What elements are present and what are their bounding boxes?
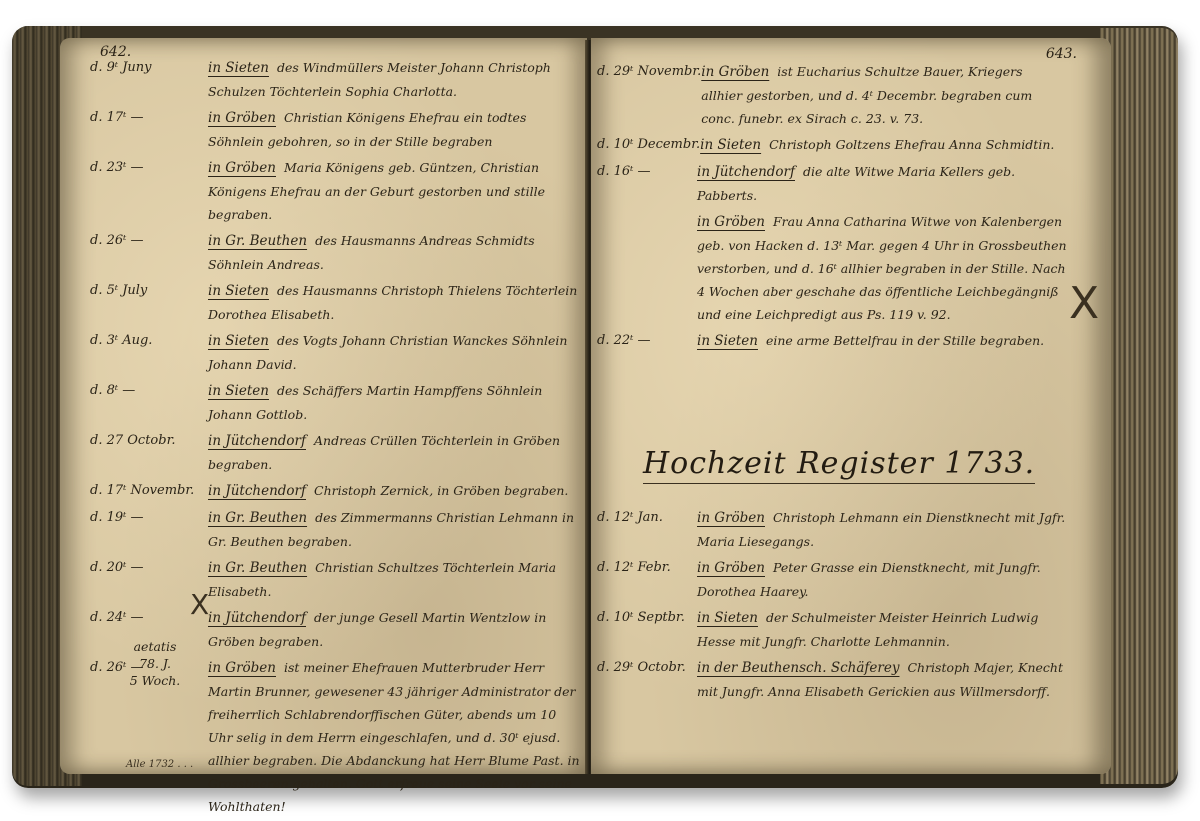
- entry-date: d. 29ᵗ Novembr.: [597, 60, 701, 130]
- entry-body: in Gr. Beuthendes Hausmanns Andreas Schm…: [208, 229, 580, 276]
- register-entry: d. 19ᵗ —in Gr. Beuthendes Zimmermanns Ch…: [90, 506, 580, 553]
- entry-place: in Jütchendorf: [208, 433, 306, 449]
- entry-body: in Sietendes Windmüllers Meister Johann …: [208, 56, 580, 103]
- entry-place: in Gröben: [697, 560, 765, 576]
- entry-body: in Gr. BeuthenChristian Schultzes Töchte…: [208, 556, 580, 603]
- entry-body: in SietenChristoph Goltzens Ehefrau Anna…: [700, 133, 1067, 157]
- entry-body: in Gröbenist meiner Ehefrauen Mutterbrud…: [208, 656, 580, 818]
- entry-date: d. 29ᵗ Octobr.: [597, 656, 697, 703]
- register-entry: d. 5ᵗ Julyin Sietendes Hausmanns Christo…: [90, 279, 580, 326]
- register-entry: d. 22ᵗ —in Sieteneine arme Bettelfrau in…: [597, 329, 1067, 353]
- register-entry: d. 26ᵗ —in Gr. Beuthendes Hausmanns Andr…: [90, 229, 580, 276]
- entry-body: in Jütchendorfder junge Gesell Martin We…: [208, 606, 580, 653]
- entry-date: d. 8ᵗ —: [90, 379, 208, 426]
- entry-place: in Sieten: [208, 333, 269, 349]
- register-entry: d. 9ᵗ Junyin Sietendes Windmüllers Meist…: [90, 56, 580, 103]
- entry-date: d. 12ᵗ Jan.: [597, 506, 697, 553]
- entry-body: in GröbenFrau Anna Catharina Witwe von K…: [697, 210, 1067, 326]
- entry-text: Frau Anna Catharina Witwe von Kalenberge…: [697, 214, 1067, 322]
- entry-body: in Sieteneine arme Bettelfrau in der Sti…: [697, 329, 1067, 353]
- margin-note-extra: 5 Woch.: [120, 672, 190, 689]
- entry-text: Christoph Goltzens Ehefrau Anna Schmidti…: [769, 137, 1054, 152]
- entry-place: in Gröben: [208, 160, 276, 176]
- entry-place: in Jütchendorf: [208, 610, 306, 626]
- entry-body: in GröbenChristoph Lehmann ein Dienstkne…: [697, 506, 1067, 553]
- entry-body: in GröbenPeter Grasse ein Dienstknecht, …: [697, 556, 1067, 603]
- register-entry: d. 27 Octobr.in JütchendorfAndreas Crüll…: [90, 429, 580, 476]
- entry-date: d. 17ᵗ Novembr.: [90, 479, 208, 503]
- register-entry: d. 29ᵗ Octobr.in der Beuthensch. Schäfer…: [597, 656, 1067, 703]
- register-entry: d. 23ᵗ —in GröbenMaria Königens geb. Gün…: [90, 156, 580, 226]
- entry-place: in Gröben: [697, 510, 765, 526]
- entry-body: in Sietendes Schäffers Martin Hampffens …: [208, 379, 580, 426]
- margin-note-age-value: 78. J.: [120, 655, 190, 672]
- left-page: 642. d. 9ᵗ Junyin Sietendes Windmüllers …: [60, 38, 587, 774]
- entry-body: in Jütchendorfdie alte Witwe Maria Kelle…: [697, 160, 1067, 207]
- entry-body: in GröbenMaria Königens geb. Güntzen, Ch…: [208, 156, 580, 226]
- entry-date: d. 22ᵗ —: [597, 329, 697, 353]
- wedding-entries: d. 12ᵗ Jan.in GröbenChristoph Lehmann ei…: [597, 506, 1067, 706]
- entry-date: d. 12ᵗ Febr.: [597, 556, 697, 603]
- entry-date: d. 9ᵗ Juny: [90, 56, 208, 103]
- register-entry: d. 10ᵗ Decembr.in SietenChristoph Goltze…: [597, 133, 1067, 157]
- entry-place: in Jütchendorf: [208, 483, 306, 499]
- cross-mark-icon: X: [190, 588, 209, 621]
- entry-body: in JütchendorfChristoph Zernick, in Gröb…: [208, 479, 580, 503]
- register-entry: d. 12ᵗ Febr.in GröbenPeter Grasse ein Di…: [597, 556, 1067, 603]
- entry-date: d. 16ᵗ —: [597, 160, 697, 207]
- entry-body: in der Beuthensch. SchäfereyChristoph Ma…: [697, 656, 1067, 703]
- burial-entries: d. 29ᵗ Novembr.in Gröbenist Eucharius Sc…: [597, 60, 1067, 356]
- margin-note-age: aetatis 78. J. 5 Woch.: [120, 638, 190, 689]
- register-entry: d. 16ᵗ —in Jütchendorfdie alte Witwe Mar…: [597, 160, 1067, 207]
- entry-date: d. 26ᵗ —: [90, 229, 208, 276]
- entry-date: d. 23ᵗ —: [90, 156, 208, 226]
- register-entry: d. 12ᵗ Jan.in GröbenChristoph Lehmann ei…: [597, 506, 1067, 553]
- entry-place: in Sieten: [208, 383, 269, 399]
- entry-date: d. 10ᵗ Septbr.: [597, 606, 697, 653]
- entry-place: in der Beuthensch. Schäferey: [697, 660, 899, 676]
- entry-body: in Gröbenist Eucharius Schultze Bauer, K…: [701, 60, 1067, 130]
- entry-body: in GröbenChristian Königens Ehefrau ein …: [208, 106, 580, 153]
- entry-date: d. 5ᵗ July: [90, 279, 208, 326]
- register-entry: d. 20ᵗ —in Gr. BeuthenChristian Schultze…: [90, 556, 580, 603]
- entry-body: in Sietender Schulmeister Meister Heinri…: [697, 606, 1067, 653]
- margin-note-label: aetatis: [120, 638, 190, 655]
- entry-text: ist meiner Ehefrauen Mutterbruder Herr M…: [208, 660, 580, 814]
- entry-place: in Gröben: [208, 110, 276, 126]
- book-edge-right: [1100, 28, 1178, 784]
- register-entry: in GröbenFrau Anna Catharina Witwe von K…: [597, 210, 1067, 326]
- entry-body: in Sietendes Vogts Johann Christian Wanc…: [208, 329, 580, 376]
- entry-place: in Gröben: [697, 214, 765, 230]
- entry-place: in Sieten: [697, 610, 758, 626]
- entry-date: d. 3ᵗ Aug.: [90, 329, 208, 376]
- register-entry: d. 10ᵗ Septbr.in Sietender Schulmeister …: [597, 606, 1067, 653]
- footer-scribble: Alle 1732 . . .: [126, 759, 193, 770]
- entry-place: in Gröben: [701, 64, 769, 80]
- entry-place: in Sieten: [697, 333, 758, 349]
- entry-place: in Sieten: [700, 137, 761, 153]
- cross-mark-icon: X: [1069, 278, 1099, 329]
- entry-body: in JütchendorfAndreas Crüllen Töchterlei…: [208, 429, 580, 476]
- register-entry: d. 17ᵗ Novembr.in JütchendorfChristoph Z…: [90, 479, 580, 503]
- entry-date: d. 19ᵗ —: [90, 506, 208, 553]
- register-entry: d. 29ᵗ Novembr.in Gröbenist Eucharius Sc…: [597, 60, 1067, 130]
- right-page: 643. d. 29ᵗ Novembr.in Gröbenist Euchari…: [591, 38, 1111, 774]
- entry-date: [597, 210, 697, 326]
- register-entry: d. 8ᵗ —in Sietendes Schäffers Martin Ham…: [90, 379, 580, 426]
- entry-text: eine arme Bettelfrau in der Stille begra…: [766, 333, 1044, 348]
- entry-date: d. 10ᵗ Decembr.: [597, 133, 700, 157]
- entry-place: in Gr. Beuthen: [208, 560, 307, 576]
- entry-date: d. 27 Octobr.: [90, 429, 208, 476]
- entry-place: in Jütchendorf: [697, 164, 795, 180]
- entry-body: in Gr. Beuthendes Zimmermanns Christian …: [208, 506, 580, 553]
- register-entry: d. 17ᵗ —in GröbenChristian Königens Ehef…: [90, 106, 580, 153]
- entry-body: in Sietendes Hausmanns Christoph Thielen…: [208, 279, 580, 326]
- entry-place: in Sieten: [208, 60, 269, 76]
- register-title: Hochzeit Register 1733.: [643, 446, 1035, 484]
- entry-place: in Gröben: [208, 660, 276, 676]
- entry-text: Christoph Zernick, in Gröben begraben.: [314, 483, 568, 498]
- entry-place: in Gr. Beuthen: [208, 510, 307, 526]
- entry-place: in Sieten: [208, 283, 269, 299]
- register-entry: d. 3ᵗ Aug.in Sietendes Vogts Johann Chri…: [90, 329, 580, 376]
- burial-entries: d. 9ᵗ Junyin Sietendes Windmüllers Meist…: [90, 56, 580, 821]
- entry-date: d. 17ᵗ —: [90, 106, 208, 153]
- entry-place: in Gr. Beuthen: [208, 233, 307, 249]
